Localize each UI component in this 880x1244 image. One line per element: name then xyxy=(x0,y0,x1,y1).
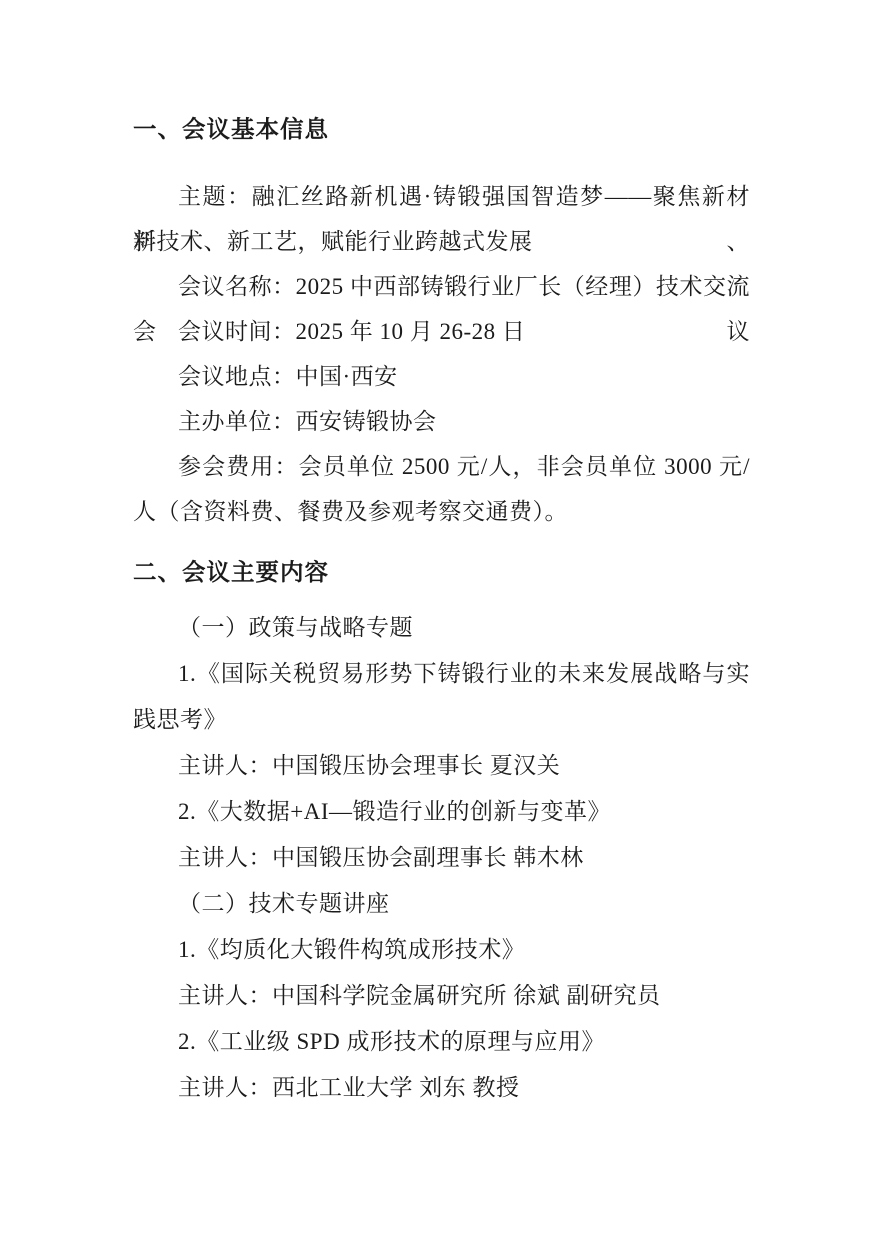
line-topic-group-1: （一）政策与战略专题 xyxy=(133,605,750,651)
document-page: 一、会议基本信息 主题：融汇丝路新机遇·铸锻强国智造梦——聚焦新材料、 新技术、… xyxy=(0,0,880,1244)
line-theme: 主题：融汇丝路新机遇·铸锻强国智造梦——聚焦新材料、 xyxy=(133,174,750,219)
line-fee-continuation: 人（含资料费、餐费及参观考察交通费）。 xyxy=(133,489,750,534)
line-organizer: 主办单位：西安铸锻协会 xyxy=(133,399,750,444)
line-topic-group-2: （二）技术专题讲座 xyxy=(133,881,750,927)
section1-heading: 一、会议基本信息 xyxy=(133,107,750,152)
section-basic-info: 一、会议基本信息 主题：融汇丝路新机遇·铸锻强国智造梦——聚焦新材料、 新技术、… xyxy=(133,107,750,534)
line-talk-3-speaker: 主讲人：中国科学院金属研究所 徐斌 副研究员 xyxy=(133,973,750,1019)
line-talk-3-title: 1.《均质化大锻件构筑成形技术》 xyxy=(133,927,750,973)
document-content: 一、会议基本信息 主题：融汇丝路新机遇·铸锻强国智造梦——聚焦新材料、 新技术、… xyxy=(0,0,880,1111)
line-talk-1-title-continuation: 践思考》 xyxy=(133,697,750,743)
line-talk-4-title: 2.《工业级 SPD 成形技术的原理与应用》 xyxy=(133,1019,750,1065)
line-fee: 参会费用：会员单位 2500 元/人，非会员单位 3000 元/ xyxy=(133,444,750,489)
line-conference-venue: 会议地点：中国·西安 xyxy=(133,354,750,399)
line-talk-1-speaker: 主讲人：中国锻压协会理事长 夏汉关 xyxy=(133,743,750,789)
line-talk-2-speaker: 主讲人：中国锻压协会副理事长 韩木林 xyxy=(133,835,750,881)
section-main-content: 二、会议主要内容 （一）政策与战略专题 1.《国际关税贸易形势下铸锻行业的未来发… xyxy=(133,549,750,1111)
line-talk-1-title: 1.《国际关税贸易形势下铸锻行业的未来发展战略与实 xyxy=(133,651,750,697)
section2-heading: 二、会议主要内容 xyxy=(133,549,750,595)
line-conference-name: 会议名称：2025 中西部铸锻行业厂长（经理）技术交流会议 xyxy=(133,264,750,309)
line-talk-2-title: 2.《大数据+AI—锻造行业的创新与变革》 xyxy=(133,789,750,835)
line-talk-4-speaker: 主讲人：西北工业大学 刘东 教授 xyxy=(133,1065,750,1111)
